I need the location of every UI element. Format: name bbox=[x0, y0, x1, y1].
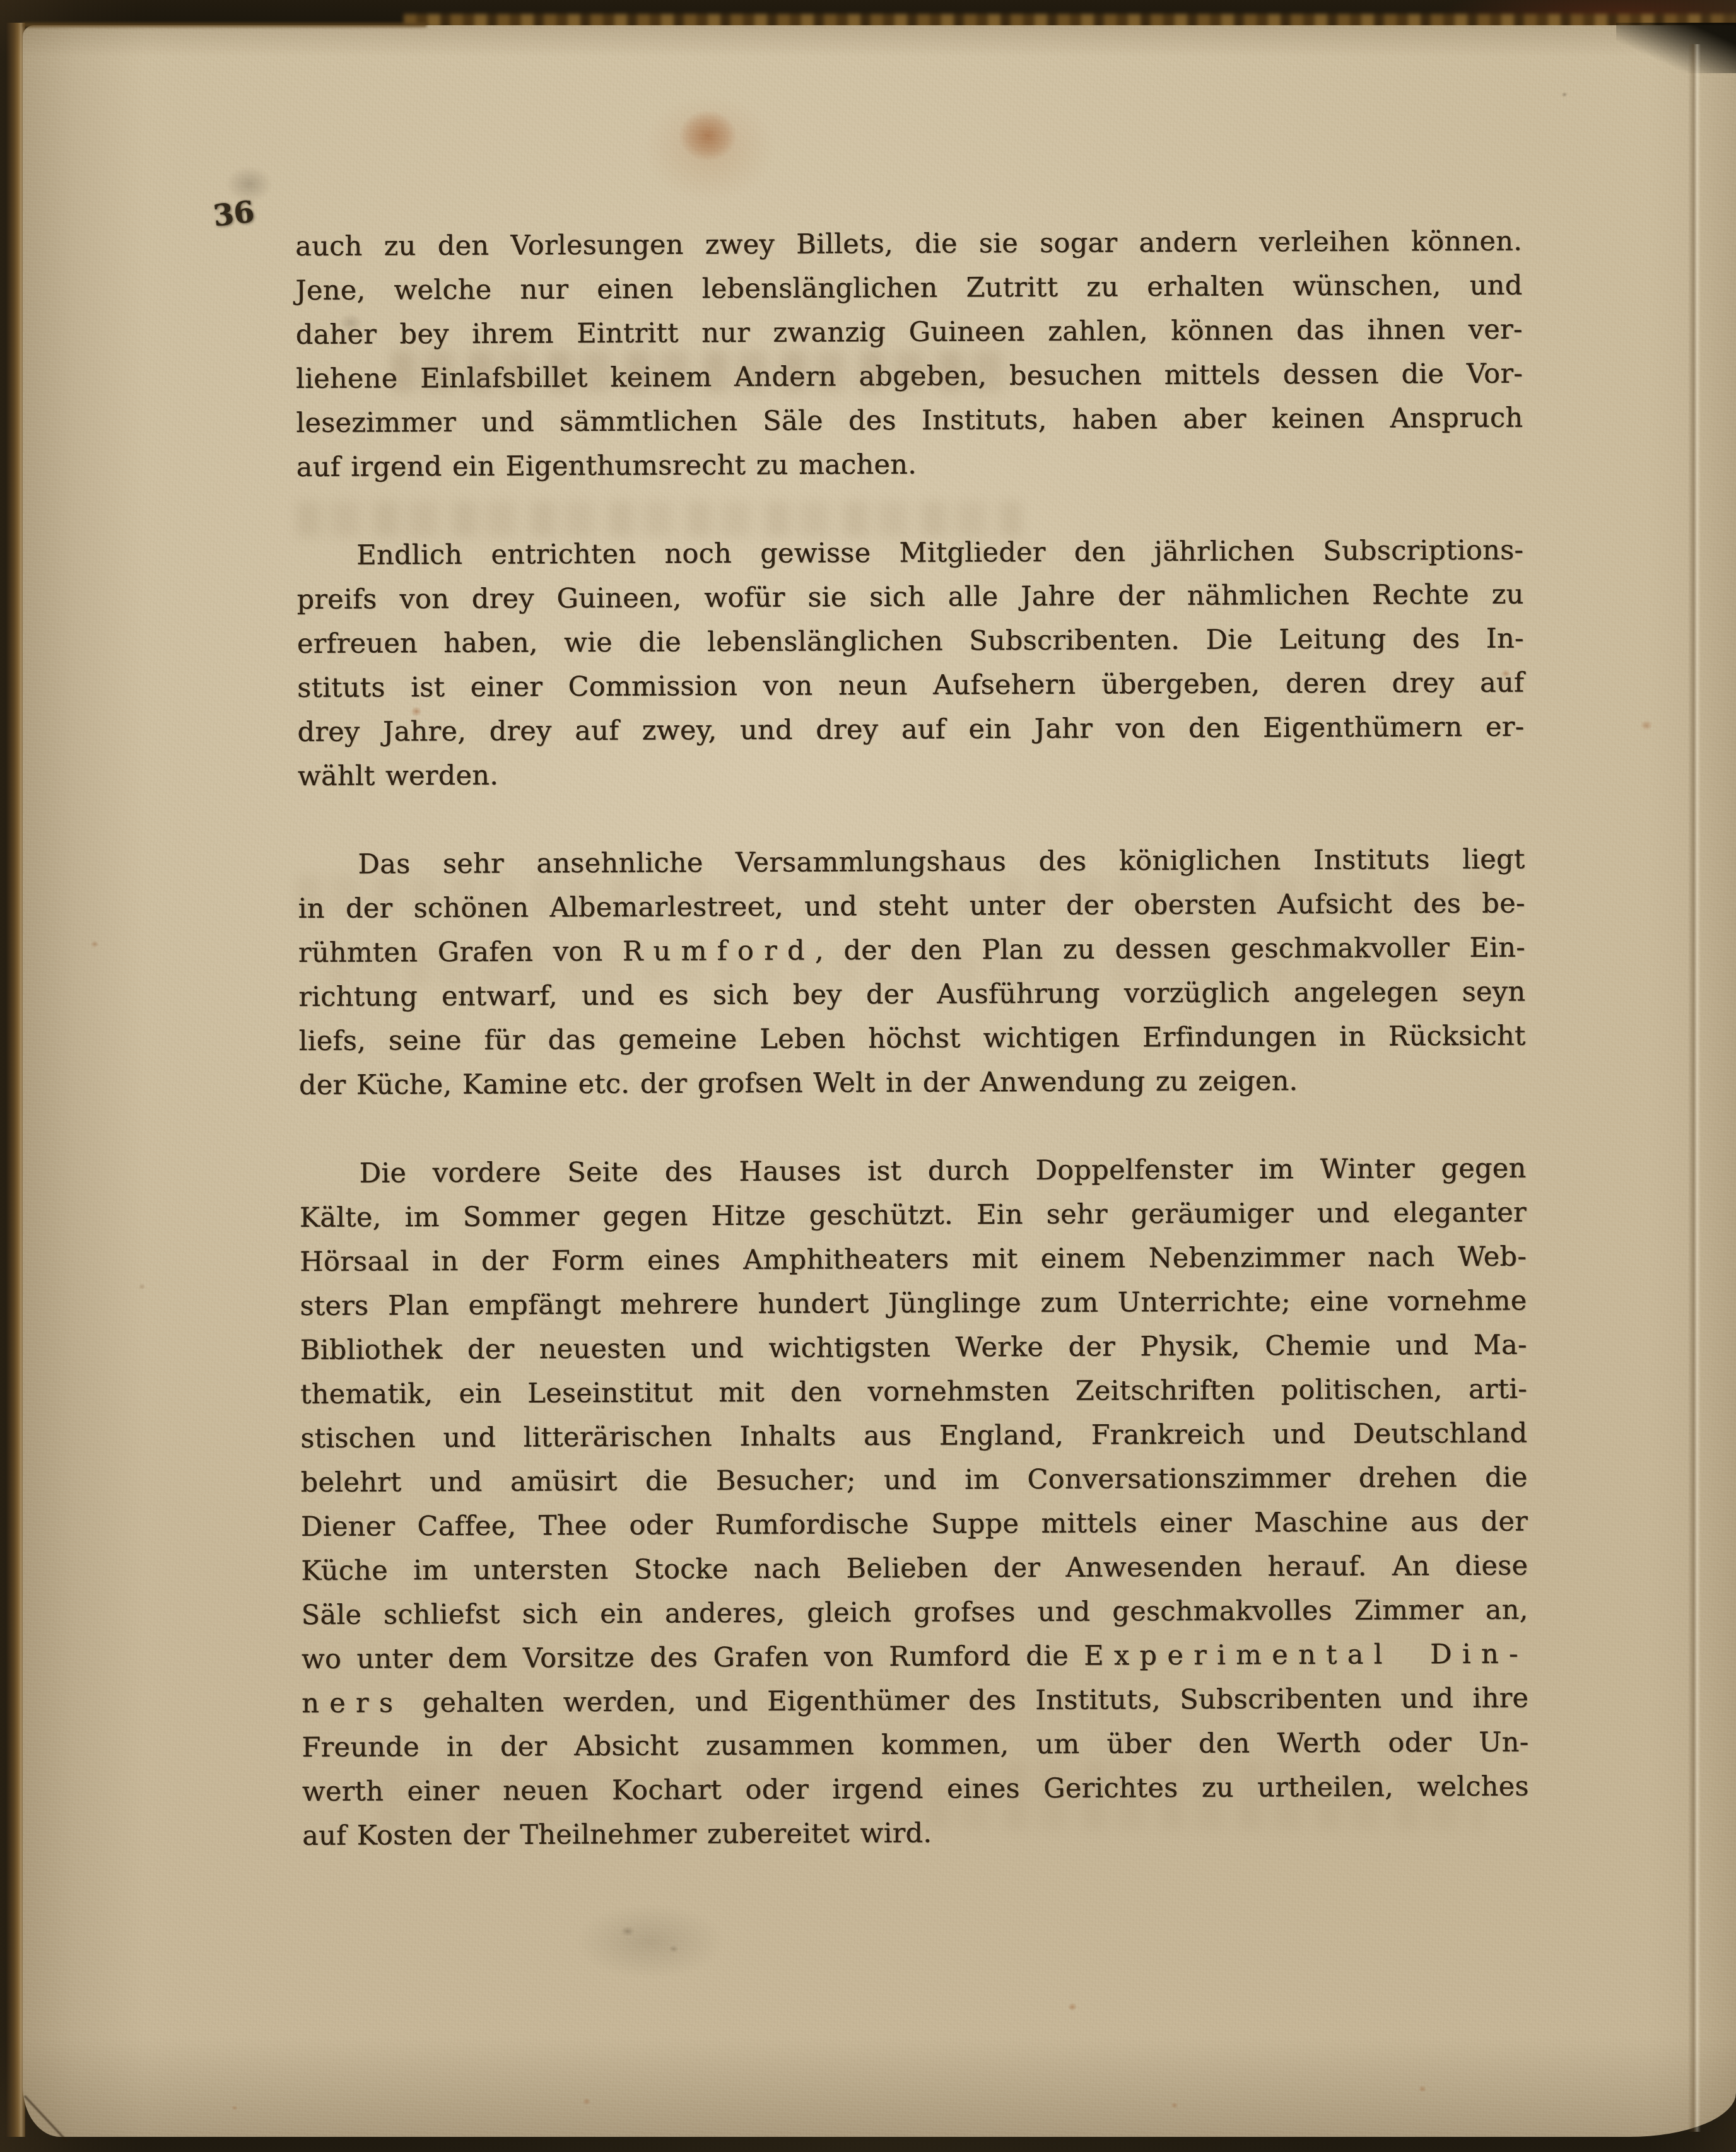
letterspaced-text: ners bbox=[302, 1687, 403, 1719]
text-line: erfreuen haben, wie die lebenslänglichen… bbox=[297, 617, 1524, 666]
text-line: der Küche, Kamine etc. der grofsen Welt … bbox=[299, 1058, 1526, 1108]
letterspaced-text: Experimental Din- bbox=[1084, 1638, 1528, 1671]
text-line: Das sehr ansehnliche Versammlungshaus de… bbox=[298, 838, 1525, 887]
text-line: Freunde in der Absicht zusammen kommen, … bbox=[302, 1720, 1528, 1769]
vertical-page-crease bbox=[1688, 44, 1701, 2132]
text-segment: , der den Plan zu dessen geschmakvoller … bbox=[815, 932, 1525, 967]
text-segment: wo unter dem Vorsitze des Grafen von Rum… bbox=[302, 1640, 1084, 1675]
text-line: auf Kosten der Theilnehmer zubereitet wi… bbox=[302, 1808, 1529, 1857]
text-line: rühmten Grafen von Rumford, der den Plan… bbox=[298, 926, 1525, 975]
text-line: richtung entwarf, und es sich bey der Au… bbox=[298, 970, 1525, 1019]
text-line: daher bey ihrem Eintritt nur zwanzig Gui… bbox=[296, 308, 1523, 357]
text-line: ners gehalten werden, und Eigenthümer de… bbox=[302, 1676, 1528, 1725]
page-number: 36 bbox=[211, 194, 257, 234]
text-line: Die vordere Seite des Hauses ist durch D… bbox=[299, 1146, 1526, 1195]
text-line: stischen und litterärischen Inhalts aus … bbox=[300, 1411, 1527, 1460]
text-line: liehene Einlafsbillet keinem Andern abge… bbox=[296, 352, 1523, 401]
text-line: Bibliothek der neuesten und wichtigsten … bbox=[300, 1323, 1527, 1372]
text-line: Diener Caffee, Thee oder Rumfordische Su… bbox=[301, 1499, 1528, 1548]
text-line: preifs von drey Guineen, wofür sie sich … bbox=[296, 573, 1523, 622]
text-line: drey Jahre, drey auf zwey, und drey auf … bbox=[297, 705, 1524, 754]
text-line: sters Plan empfängt mehrere hundert Jüng… bbox=[300, 1278, 1527, 1328]
paragraph: Das sehr ansehnliche Versammlungshaus de… bbox=[298, 838, 1526, 1108]
text-line: in der schönen Albemarlestreet, und steh… bbox=[298, 882, 1525, 931]
text-segment: gehalten werden, und Eigenthümer des Ins… bbox=[403, 1682, 1528, 1719]
text-line: wählt werden. bbox=[298, 749, 1525, 798]
text-line: Endlich entrichten noch gewisse Mitglied… bbox=[296, 529, 1523, 578]
text-line: wo unter dem Vorsitze des Grafen von Rum… bbox=[302, 1632, 1528, 1681]
text-line: auf irgend ein Eigenthumsrecht zu machen… bbox=[296, 440, 1523, 489]
page-top-edge-line bbox=[23, 23, 426, 27]
text-line: liefs, seine für das gemeine Leben höchs… bbox=[298, 1014, 1525, 1063]
text-line: thematik, ein Leseinstitut mit den vorne… bbox=[300, 1367, 1527, 1416]
text-line: Jene, welche nur einen lebenslänglichen … bbox=[295, 264, 1522, 313]
paragraph: Die vordere Seite des Hauses ist durch D… bbox=[299, 1146, 1529, 1857]
text-line: auch zu den Vorlesungen zwey Billets, di… bbox=[295, 219, 1522, 269]
paragraph: Endlich entrichten noch gewisse Mitglied… bbox=[296, 529, 1525, 798]
text-line: belehrt und amüsirt die Besucher; und im… bbox=[301, 1455, 1528, 1504]
text-column: auch zu den Vorlesungen zwey Billets, di… bbox=[295, 219, 1529, 1858]
text-line: Küche im untersten Stocke nach Belieben … bbox=[301, 1543, 1528, 1593]
letterspaced-text: Rumford bbox=[623, 935, 815, 967]
text-line: Hörsaal in der Form eines Amphitheaters … bbox=[300, 1234, 1527, 1284]
photo-frame: 36 auch zu den Vorlesungen zwey Billets,… bbox=[0, 0, 1736, 2152]
text-line: stituts ist einer Commission von neun Au… bbox=[297, 661, 1524, 710]
text-line: werth einer neuen Kochart oder irgend ei… bbox=[302, 1764, 1529, 1813]
top-right-corner-shadow bbox=[1616, 23, 1736, 73]
text-line: lesezimmer und sämmtlichen Säle des Inst… bbox=[296, 396, 1523, 445]
text-line: Säle schliefst sich ein anderes, gleich … bbox=[301, 1588, 1528, 1637]
text-line: Kälte, im Sommer gegen Hitze geschützt. … bbox=[300, 1190, 1527, 1239]
text-segment: rühmten Grafen von bbox=[298, 936, 623, 969]
paragraph: auch zu den Vorlesungen zwey Billets, di… bbox=[295, 219, 1523, 489]
